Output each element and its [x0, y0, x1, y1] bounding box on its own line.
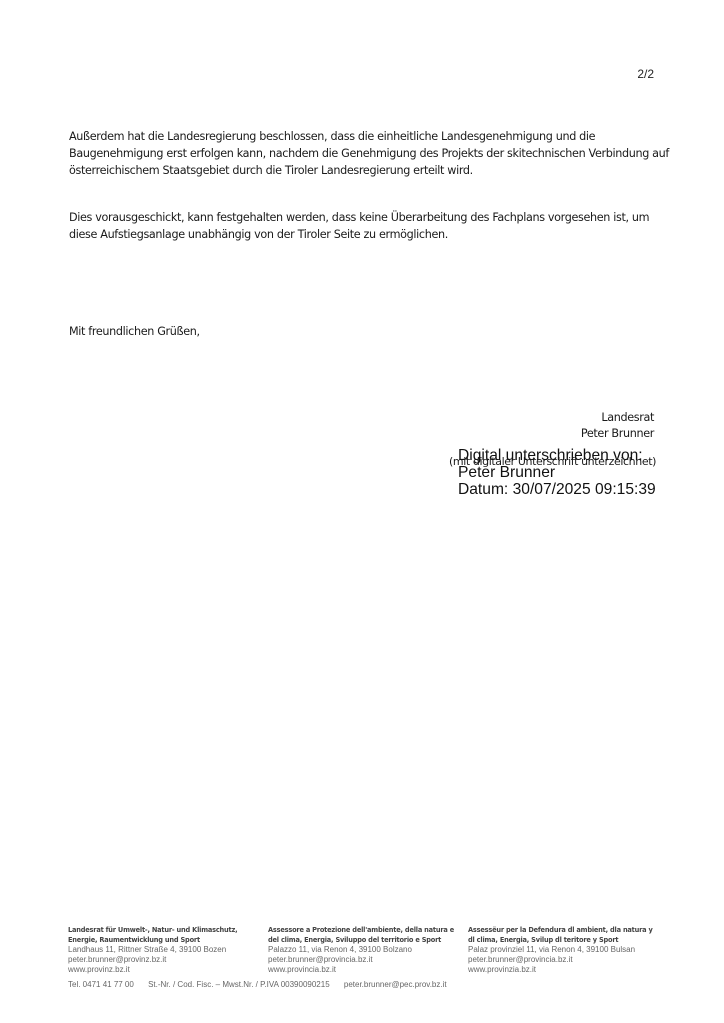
paragraph-1: Außerdem hat die Landesregierung beschlo… [69, 128, 669, 179]
footer-tax-id: St.-Nr. / Cod. Fisc. – Mwst.Nr. / P.IVA … [148, 980, 330, 989]
footer-email[interactable]: peter.brunner@provincia.bz.it [468, 955, 668, 965]
footer-address: Palaz provinziel 11, via Renon 4, 39100 … [468, 945, 668, 955]
signatory-title: Landesrat [581, 410, 654, 426]
footer-contact-line: Tel. 0471 41 77 00 St.-Nr. / Cod. Fisc. … [68, 980, 459, 989]
footer-website[interactable]: www.provinzia.bz.it [468, 965, 668, 975]
paragraph-2: Dies vorausgeschickt, kann festgehalten … [69, 209, 669, 243]
footer-heading: del clima, Energia, Sviluppo del territo… [268, 935, 468, 945]
stamp-label: Digital unterschrieben von: [458, 447, 656, 464]
footer-heading: Landesrat für Umwelt-, Natur- und Klimas… [68, 925, 268, 935]
footer-website[interactable]: www.provincia.bz.it [268, 965, 468, 975]
footer-address: Palazzo 11, via Renon 4, 39100 Bolzano [268, 945, 468, 955]
footer-column-ladin: Assessëur per la Defendura dl ambient, d… [468, 925, 668, 975]
footer-website[interactable]: www.provinz.bz.it [68, 965, 268, 975]
stamp-signer: Peter Brunner [458, 464, 656, 481]
stamp-date: Datum: 30/07/2025 09:15:39 [458, 481, 656, 498]
footer-address: Landhaus 11, Rittner Straße 4, 39100 Boz… [68, 945, 268, 955]
digital-signature-stamp: Digital unterschrieben von: Peter Brunne… [458, 447, 656, 498]
page-number: 2/2 [637, 67, 654, 81]
footer-column-italian: Assessore a Protezione dell'ambiente, de… [268, 925, 468, 975]
footer-heading: dl clima, Energia, Svilup dl teritore y … [468, 935, 668, 945]
signatory-name: Peter Brunner [581, 426, 654, 442]
signature-block: Landesrat Peter Brunner [581, 410, 654, 442]
closing-salutation: Mit freundlichen Grüßen, [69, 323, 669, 340]
footer-email[interactable]: peter.brunner@provincia.bz.it [268, 955, 468, 965]
footer-email[interactable]: peter.brunner@provinz.bz.it [68, 955, 268, 965]
footer-heading: Energie, Raumentwicklung und Sport [68, 935, 268, 945]
footer-phone: Tel. 0471 41 77 00 [68, 980, 134, 989]
footer-heading: Assessëur per la Defendura dl ambient, d… [468, 925, 668, 935]
footer-pec-email[interactable]: peter.brunner@pec.prov.bz.it [344, 980, 447, 989]
footer-heading: Assessore a Protezione dell'ambiente, de… [268, 925, 468, 935]
footer-column-german: Landesrat für Umwelt-, Natur- und Klimas… [68, 925, 268, 975]
letterhead-footer: Landesrat für Umwelt-, Natur- und Klimas… [68, 925, 688, 975]
